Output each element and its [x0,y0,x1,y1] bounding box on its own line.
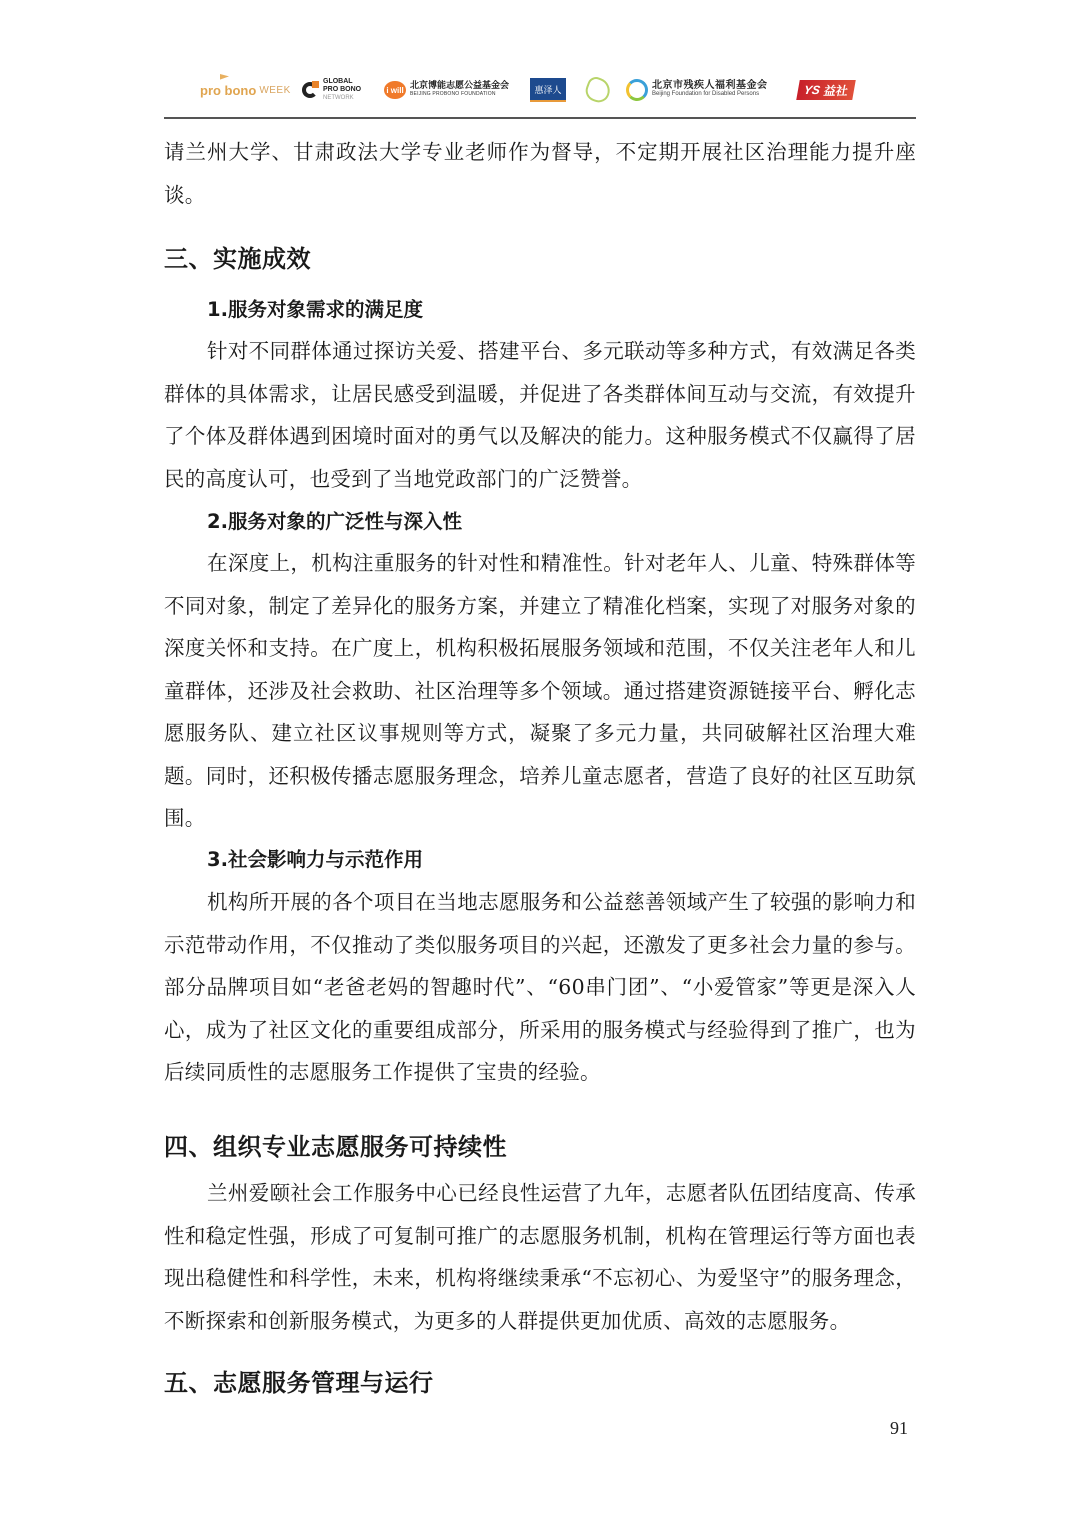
header-logo-bar: pro bono WEEK GLOBAL PRO BONO NETWORK i … [164,70,916,114]
circle-emblem-icon [626,79,648,101]
intro-paragraph: 请兰州大学、甘肃政法大学专业老师作为督导，不定期开展社区治理能力提升座谈。 [164,131,916,216]
flag-icon [220,74,229,82]
beijing-disabled-foundation-logo: 北京市残疾人福利基金会 Beijing Foundation for Disab… [626,70,768,110]
iwill-badge-icon: i will [384,81,406,99]
beijing-probono-foundation-logo: i will 北京博能志愿公益基金会 BEIJING PROBONO FOUND… [384,70,509,110]
yishe-logo: YS 益社 [798,70,854,110]
subsection-heading-3-3: 3.社会影响力与示范作用 [164,839,959,881]
paragraph-4: 兰州爱颐社会工作服务中心已经良性运营了九年，志愿者队伍团结度高、传承性和稳定性强… [164,1172,916,1342]
paragraph-3-2: 在深度上，机构注重服务的针对性和精准性。针对老年人、儿童、特殊群体等不同对象，制… [164,542,916,840]
pro-bono-week-logo: pro bono WEEK [200,70,291,110]
section-heading-4: 四、组织专业志愿服务可持续性 [164,1127,916,1162]
global-pro-bono-network-logo: GLOBAL PRO BONO NETWORK [302,70,361,110]
page-number: 91 [890,1418,908,1439]
paragraph-3-3: 机构所开展的各个项目在当地志愿服务和公益慈善领域产生了较强的影响力和示范带动作用… [164,881,916,1094]
ring-icon [302,82,318,98]
paragraph-3-1: 针对不同群体通过探访关爱、搭建平台、多元联动等多种方式，有效满足各类群体的具体需… [164,330,916,500]
subsection-heading-3-1: 1.服务对象需求的满足度 [164,289,959,331]
section-heading-3: 三、实施成效 [164,239,916,274]
huizeren-logo: 惠泽人 [530,70,566,110]
figure-logo-icon [586,70,610,110]
section-heading-5: 五、志愿服务管理与运行 [164,1363,916,1398]
subsection-heading-3-2: 2.服务对象的广泛性与深入性 [164,501,959,543]
header-divider [164,117,916,119]
